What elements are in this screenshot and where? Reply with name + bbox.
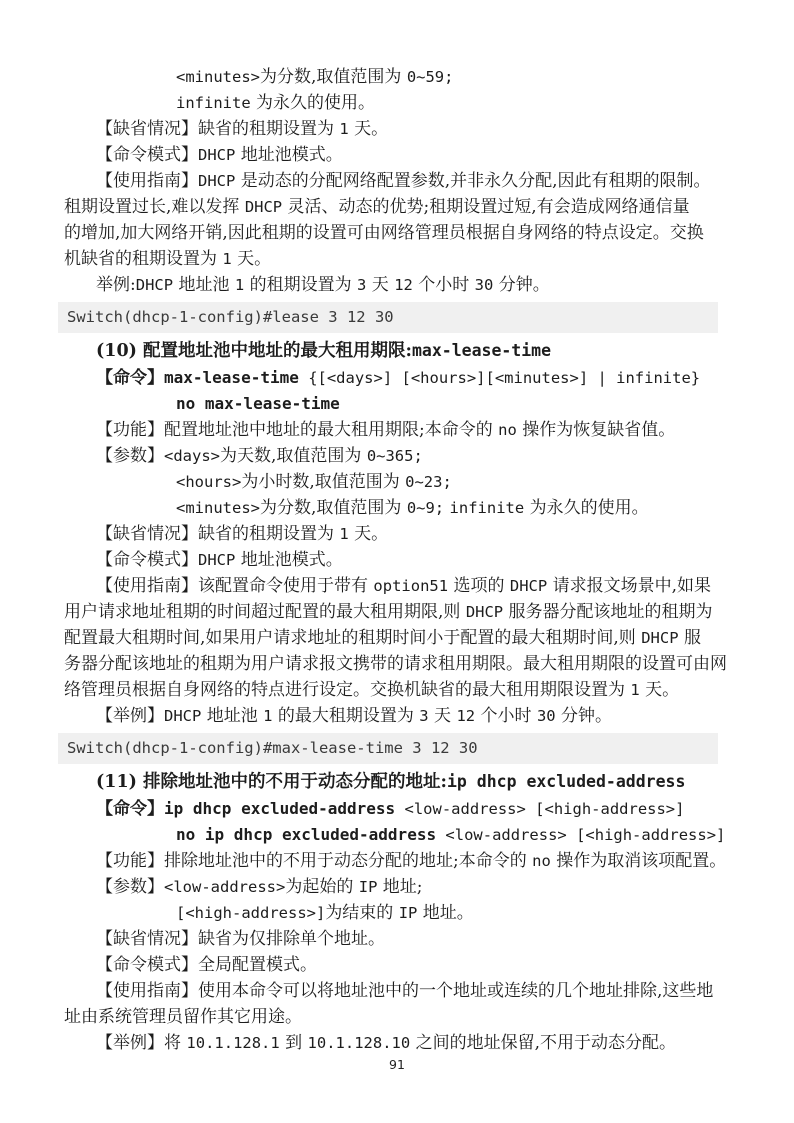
text-run: 【功能】配置地址池中地址的最大租用期限;本命令的	[96, 420, 498, 440]
text-run: 服务器分配该地址的租期为	[503, 602, 712, 622]
text-run: 【举例】	[96, 706, 164, 726]
text-run: infinite	[450, 499, 525, 517]
text-run: 0~59;	[407, 68, 454, 86]
page-content: <minutes>为分数,取值范围为 0~59;infinite 为永久的使用。…	[0, 0, 794, 1056]
text-run: 为永久的使用。	[524, 498, 648, 518]
text-run: 天	[429, 706, 457, 726]
text-run: 为结束的	[325, 903, 398, 923]
text-run: 是动态的分配网络配置参数,并非永久分配,因此有租期的限制。	[235, 171, 710, 191]
text-run: 为小时数,取值范围为	[241, 472, 405, 492]
text-run: 【参数】	[96, 877, 164, 897]
text-run: 12	[394, 276, 413, 294]
text-run: IP	[399, 904, 418, 922]
doc-line: 【命令模式】DHCP 地址池模式。	[64, 547, 744, 573]
text-run: 1	[630, 681, 639, 699]
text-run: DHCP	[198, 551, 235, 569]
text-run: 个小时	[413, 275, 475, 295]
text-run: Switch(dhcp-1-config)#max-lease-time 3 1…	[67, 739, 478, 757]
text-run: 为分数,取值范围为	[260, 67, 407, 87]
text-run: 地址池模式。	[235, 145, 342, 165]
doc-line: 【参数】<days>为天数,取值范围为 0~365;	[64, 443, 744, 469]
text-run: 10.1.128.1	[186, 1034, 279, 1052]
doc-line: 络管理员根据自身网络的特点进行设定。交换机缺省的最大租用期限设置为 1 天。	[64, 677, 744, 703]
text-run: [<high-address>]	[176, 904, 325, 922]
doc-line: <minutes>为分数,取值范围为 0~9; infinite 为永久的使用。	[64, 495, 744, 521]
doc-line: 【功能】配置地址池中地址的最大租用期限;本命令的 no 操作为恢复缺省值。	[64, 417, 744, 443]
doc-line: 的增加,加大网络开销,因此租期的设置可由网络管理员根据自身网络的特点设定。交换	[64, 220, 744, 246]
document-page: <minutes>为分数,取值范围为 0~59;infinite 为永久的使用。…	[0, 0, 794, 1123]
text-run: 【命令模式】	[96, 550, 198, 570]
text-run: <hours>	[176, 473, 241, 491]
text-run: 【使用指南】使用本命令可以将地址池中的一个地址或连续的几个地址排除,这些地	[96, 981, 713, 1001]
text-run: 址由系统管理员留作其它用途。	[64, 1007, 302, 1027]
text-run: 【缺省情况】缺省的租期设置为	[96, 524, 339, 544]
text-run: 个小时	[475, 706, 537, 726]
text-run: 的租期设置为	[244, 275, 357, 295]
doc-line: 【命令模式】全局配置模式。	[64, 952, 744, 978]
text-run: DHCP	[466, 603, 503, 621]
text-run: (11) 排除地址池中的不用于动态分配的地址:	[96, 772, 447, 792]
text-run: 天。	[640, 680, 679, 700]
text-run: ip dhcp excluded-address	[447, 772, 685, 791]
text-run: no ip dhcp excluded-address	[176, 825, 436, 844]
page-number: 91	[0, 1057, 794, 1072]
text-run: {[<days>] [<hours>][<minutes>] | infinit…	[299, 369, 700, 387]
text-run: max-lease-time	[412, 341, 551, 360]
text-run: 选项的	[448, 576, 510, 596]
text-run: option51	[373, 577, 448, 595]
text-run: 1	[339, 120, 348, 138]
text-run: 为起始的	[285, 877, 358, 897]
doc-line: <hours>为小时数,取值范围为 0~23;	[64, 469, 744, 495]
doc-line: 【命令】ip dhcp excluded-address <low-addres…	[64, 796, 744, 822]
text-run: <low-address> [<high-address>]	[436, 826, 725, 844]
text-run: 的最大租期设置为	[272, 706, 419, 726]
text-run: 租期设置过长,难以发挥	[64, 197, 245, 217]
section-heading: (10) 配置地址池中地址的最大租用期限:max-lease-time	[64, 337, 744, 365]
text-run: 配置最大租期时间,如果用户请求地址的租期时间小于配置的最大租期时间,则	[64, 628, 641, 648]
text-run: 【命令】	[96, 368, 164, 388]
text-run: IP	[359, 878, 378, 896]
text-run: 的增加,加大网络开销,因此租期的设置可由网络管理员根据自身网络的特点设定。交换	[64, 223, 704, 243]
text-run: 【命令模式】	[96, 145, 198, 165]
doc-line: 【使用指南】DHCP 是动态的分配网络配置参数,并非永久分配,因此有租期的限制。	[64, 168, 744, 194]
text-run: no	[498, 421, 517, 439]
text-run: 机缺省的租期设置为	[64, 249, 222, 269]
text-run: 之间的地址保留,不用于动态分配。	[410, 1033, 676, 1053]
text-run: DHCP	[164, 707, 201, 725]
text-run: 地址;	[377, 877, 422, 897]
text-run: DHCP	[245, 198, 282, 216]
text-run: DHCP	[198, 172, 235, 190]
doc-line: 用户请求地址租期的时间超过配置的最大租用期限,则 DHCP 服务器分配该地址的租…	[64, 599, 744, 625]
text-run: 操作为恢复缺省值。	[517, 420, 675, 440]
text-run: DHCP	[136, 276, 173, 294]
code-line: Switch(dhcp-1-config)#lease 3 12 30	[58, 302, 718, 333]
doc-line: 【缺省情况】缺省的租期设置为 1 天。	[64, 116, 744, 142]
doc-line: 【缺省情况】缺省的租期设置为 1 天。	[64, 521, 744, 547]
text-run: <low-address> [<high-address>]	[395, 800, 684, 818]
text-run: 1	[222, 250, 231, 268]
text-run: 络管理员根据自身网络的特点进行设定。交换机缺省的最大租用期限设置为	[64, 680, 630, 700]
text-run: 【缺省情况】缺省的租期设置为	[96, 119, 339, 139]
text-run: max-lease-time	[164, 368, 299, 387]
text-run: 分钟。	[493, 275, 549, 295]
doc-line: 租期设置过长,难以发挥 DHCP 灵活、动态的优势;租期设置过短,有会造成网络通…	[64, 194, 744, 220]
doc-line: 务器分配该地址的租期为用户请求报文携带的请求租用期限。最大租用期限的设置可由网	[64, 651, 744, 677]
text-run: 天。	[349, 524, 388, 544]
section-heading: (11) 排除地址池中的不用于动态分配的地址:ip dhcp excluded-…	[64, 768, 744, 796]
text-run: 【命令模式】全局配置模式。	[96, 955, 317, 975]
doc-line: 【使用指南】使用本命令可以将地址池中的一个地址或连续的几个地址排除,这些地	[64, 978, 744, 1004]
doc-line: no max-lease-time	[64, 391, 744, 417]
text-run: 【参数】	[96, 446, 164, 466]
text-run: 天	[366, 275, 394, 295]
text-run: 为永久的使用。	[251, 93, 375, 113]
doc-line: <minutes>为分数,取值范围为 0~59;	[64, 64, 744, 90]
text-run: <minutes>	[176, 499, 260, 517]
doc-line: 配置最大租期时间,如果用户请求地址的租期时间小于配置的最大租期时间,则 DHCP…	[64, 625, 744, 651]
text-run: 【功能】排除地址池中的不用于动态分配的地址;本命令的	[96, 851, 532, 871]
doc-line: 【举例】将 10.1.128.1 到 10.1.128.10 之间的地址保留,不…	[64, 1030, 744, 1056]
text-run: 1	[339, 525, 348, 543]
text-run: DHCP	[198, 146, 235, 164]
text-run: 地址。	[417, 903, 473, 923]
doc-line: 【缺省情况】缺省为仅排除单个地址。	[64, 926, 744, 952]
doc-line: 【使用指南】该配置命令使用于带有 option51 选项的 DHCP 请求报文场…	[64, 573, 744, 599]
doc-line: 【命令模式】DHCP 地址池模式。	[64, 142, 744, 168]
doc-line: no ip dhcp excluded-address <low-address…	[64, 822, 744, 848]
text-run: 10.1.128.10	[308, 1034, 411, 1052]
text-run: 地址池	[173, 275, 235, 295]
text-run: 天。	[232, 249, 271, 269]
text-run: 天。	[349, 119, 388, 139]
text-run: 分钟。	[556, 706, 612, 726]
doc-line: [<high-address>]为结束的 IP 地址。	[64, 900, 744, 926]
text-run: 【使用指南】	[96, 171, 198, 191]
text-run: Switch(dhcp-1-config)#lease 3 12 30	[67, 308, 394, 326]
text-run: 为分数,取值范围为	[260, 498, 407, 518]
text-run: 用户请求地址租期的时间超过配置的最大租用期限,则	[64, 602, 466, 622]
text-run: infinite	[176, 94, 251, 112]
text-run: 地址池模式。	[235, 550, 342, 570]
text-run: 服	[679, 628, 701, 648]
doc-line: 【举例】DHCP 地址池 1 的最大租期设置为 3 天 12 个小时 30 分钟…	[64, 703, 744, 729]
text-run: (10) 配置地址池中地址的最大租用期限:	[96, 341, 412, 361]
text-run: 3	[419, 707, 428, 725]
text-run: <days>	[164, 447, 220, 465]
text-run: 地址池	[201, 706, 263, 726]
code-line: Switch(dhcp-1-config)#max-lease-time 3 1…	[58, 733, 718, 764]
text-run: 1	[235, 276, 244, 294]
text-run: 【使用指南】该配置命令使用于带有	[96, 576, 373, 596]
text-run: 到	[280, 1033, 308, 1053]
text-run: 0~365;	[367, 447, 423, 465]
text-run: 12	[456, 707, 475, 725]
text-run: 务器分配该地址的租期为用户请求报文携带的请求租用期限。最大租用期限的设置可由网	[64, 654, 727, 674]
text-run: no max-lease-time	[176, 394, 340, 413]
text-run: <low-address>	[164, 878, 285, 896]
text-run: 30	[475, 276, 494, 294]
text-run: 灵活、动态的优势;租期设置过短,有会造成网络通信量	[282, 197, 690, 217]
doc-line: 址由系统管理员留作其它用途。	[64, 1004, 744, 1030]
text-run: 【缺省情况】缺省为仅排除单个地址。	[96, 929, 385, 949]
doc-line: 【功能】排除地址池中的不用于动态分配的地址;本命令的 no 操作为取消该项配置。	[64, 848, 744, 874]
text-run: 举例:	[96, 275, 136, 295]
text-run: DHCP	[641, 629, 678, 647]
text-run: 【举例】将	[96, 1033, 186, 1053]
text-run: 操作为取消该项配置。	[551, 851, 726, 871]
doc-line: infinite 为永久的使用。	[64, 90, 744, 116]
text-run: 3	[357, 276, 366, 294]
text-run: ip dhcp excluded-address	[164, 799, 395, 818]
doc-line: 机缺省的租期设置为 1 天。	[64, 246, 744, 272]
doc-line: 【命令】max-lease-time {[<days>] [<hours>][<…	[64, 365, 744, 391]
text-run: 0~9;	[407, 499, 444, 517]
doc-line: 举例:DHCP 地址池 1 的租期设置为 3 天 12 个小时 30 分钟。	[64, 272, 744, 298]
text-run: DHCP	[510, 577, 547, 595]
text-run: 0~23;	[405, 473, 452, 491]
doc-line: 【参数】<low-address>为起始的 IP 地址;	[64, 874, 744, 900]
text-run: <minutes>	[176, 68, 260, 86]
text-run: 为天数,取值范围为	[220, 446, 367, 466]
text-run: no	[532, 852, 551, 870]
text-run: 30	[537, 707, 556, 725]
text-run: 请求报文场景中,如果	[547, 576, 711, 596]
text-run: 【命令】	[96, 799, 164, 819]
